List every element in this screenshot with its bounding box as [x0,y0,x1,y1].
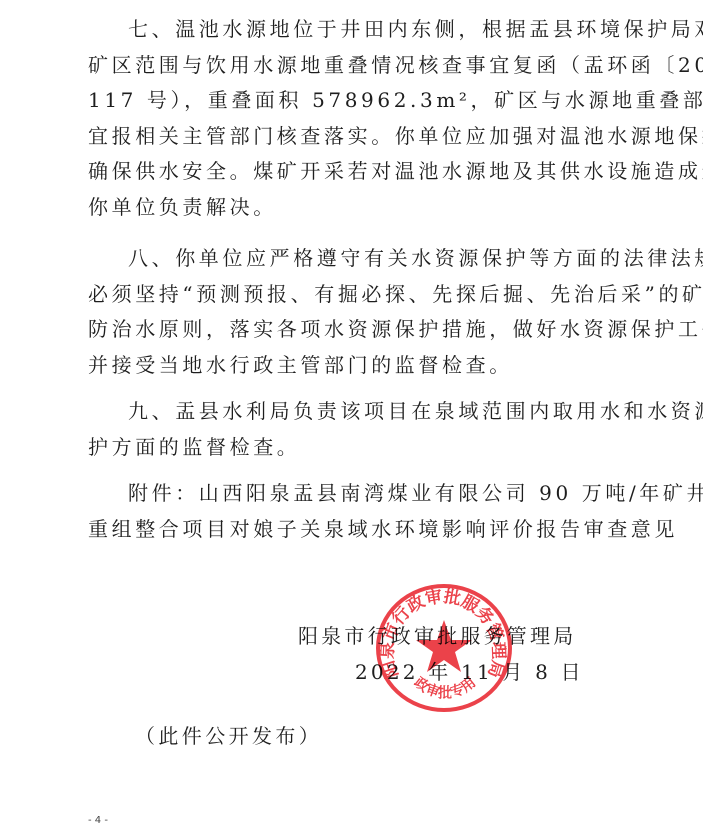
section-seven: 七、温池水源地位于井田内东侧，根据盂县环境保护局对该 矿区范围与饮用水源地重叠情… [88,12,628,225]
official-seal-icon: 阳泉市行政审批服务管理局 行政审批专用章 [371,580,516,715]
paragraph-line: 必须坚持“预测预报、有掘必探、先探后掘、先治后采”的矿井 [88,277,628,313]
section-attachment: 附件：山西阳泉盂县南湾煤业有限公司 90 万吨/年矿井兼并 重组整合项目对娘子关… [88,476,628,547]
paragraph-line: 护方面的监督检查。 [88,430,628,466]
paragraph-line: 确保供水安全。煤矿开采若对温池水源地及其供水设施造成影响， [88,154,628,190]
paragraph-line: 附件：山西阳泉盂县南湾煤业有限公司 90 万吨/年矿井兼并 [88,476,628,512]
publication-notice: （此件公开发布） [135,720,322,749]
paragraph-line: 七、温池水源地位于井田内东侧，根据盂县环境保护局对该 [88,12,628,48]
section-nine: 九、盂县水利局负责该项目在泉域范围内取用水和水资源保 护方面的监督检查。 [88,394,628,465]
paragraph-line: 宜报相关主管部门核查落实。你单位应加强对温池水源地保护， [88,119,628,155]
paragraph-line: 八、你单位应严格遵守有关水资源保护等方面的法律法规， [88,241,628,277]
paragraph-line: 你单位负责解决。 [88,190,628,226]
seal-star-icon [416,620,472,672]
section-eight: 八、你单位应严格遵守有关水资源保护等方面的法律法规， 必须坚持“预测预报、有掘必… [88,241,628,383]
page-number: - 4 - [88,815,108,826]
paragraph-line: 117 号），重叠面积 578962.3m²，矿区与水源地重叠部分退界事 [88,83,628,119]
paragraph-line: 矿区范围与饮用水源地重叠情况核查事宜复函（盂环函〔2018〕 [88,48,628,84]
paragraph-line: 九、盂县水利局负责该项目在泉域范围内取用水和水资源保 [88,394,628,430]
paragraph-line: 防治水原则，落实各项水资源保护措施，做好水资源保护工作， [88,312,628,348]
paragraph-line: 并接受当地水行政主管部门的监督检查。 [88,348,628,384]
paragraph-line: 重组整合项目对娘子关泉域水环境影响评价报告审查意见 [88,512,628,548]
